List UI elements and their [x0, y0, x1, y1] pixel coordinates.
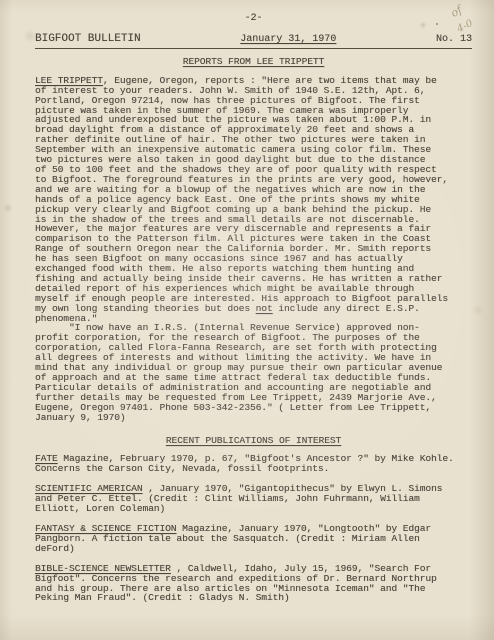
publication-item-bible-science-newsletter: BIBLE-SCIENCE NEWSLETTER , Caldwell, Ida… — [35, 564, 472, 604]
issue-date: January 31, 1970 — [240, 34, 336, 45]
section-heading-reports: REPORTS FROM LEE TRIPPETT — [35, 57, 472, 67]
pencil-dot — [436, 23, 438, 25]
page-content: -2- BIGFOOT BULLETIN January 31, 1970 No… — [35, 0, 472, 603]
issue-number: No. 13 — [436, 34, 472, 45]
section-heading-publications: RECENT PUBLICATIONS OF INTEREST — [35, 436, 472, 446]
section-heading-publications-text: RECENT PUBLICATIONS OF INTEREST — [166, 435, 341, 446]
report-paragraph-2: "I now have an I.R.S. (Internal Revenue … — [35, 323, 472, 422]
publication-text-fate: Magazine, February 1970, p. 67, "Bigfoot… — [35, 453, 454, 474]
masthead: BIGFOOT BULLETIN January 31, 1970 No. 13 — [35, 33, 472, 49]
emphasized-not: not — [256, 303, 273, 314]
scanned-bulletin-page: of 4-0 -2- BIGFOOT BULLETIN January 31, … — [0, 0, 494, 640]
section-heading-reports-text: REPORTS FROM LEE TRIPPETT — [183, 56, 324, 67]
publication-item-scientific-american: SCIENTIFIC AMERICAN , January 1970, "Gig… — [35, 484, 472, 514]
publication-item-fate: FATE Magazine, February 1970, p. 67, "Bi… — [35, 454, 472, 474]
report-paragraph-1-text-a: , Eugene, Oregon, reports : "Here are tw… — [35, 75, 448, 314]
report-paragraph-1: LEE TRIPPETT, Eugene, Oregon, reports : … — [35, 76, 472, 324]
bulletin-title: BIGFOOT BULLETIN — [35, 33, 141, 45]
page-number: -2- — [35, 14, 472, 24]
publication-item-fantasy-science-fiction: FANTASY & SCIENCE FICTION Magazine, Janu… — [35, 524, 472, 554]
